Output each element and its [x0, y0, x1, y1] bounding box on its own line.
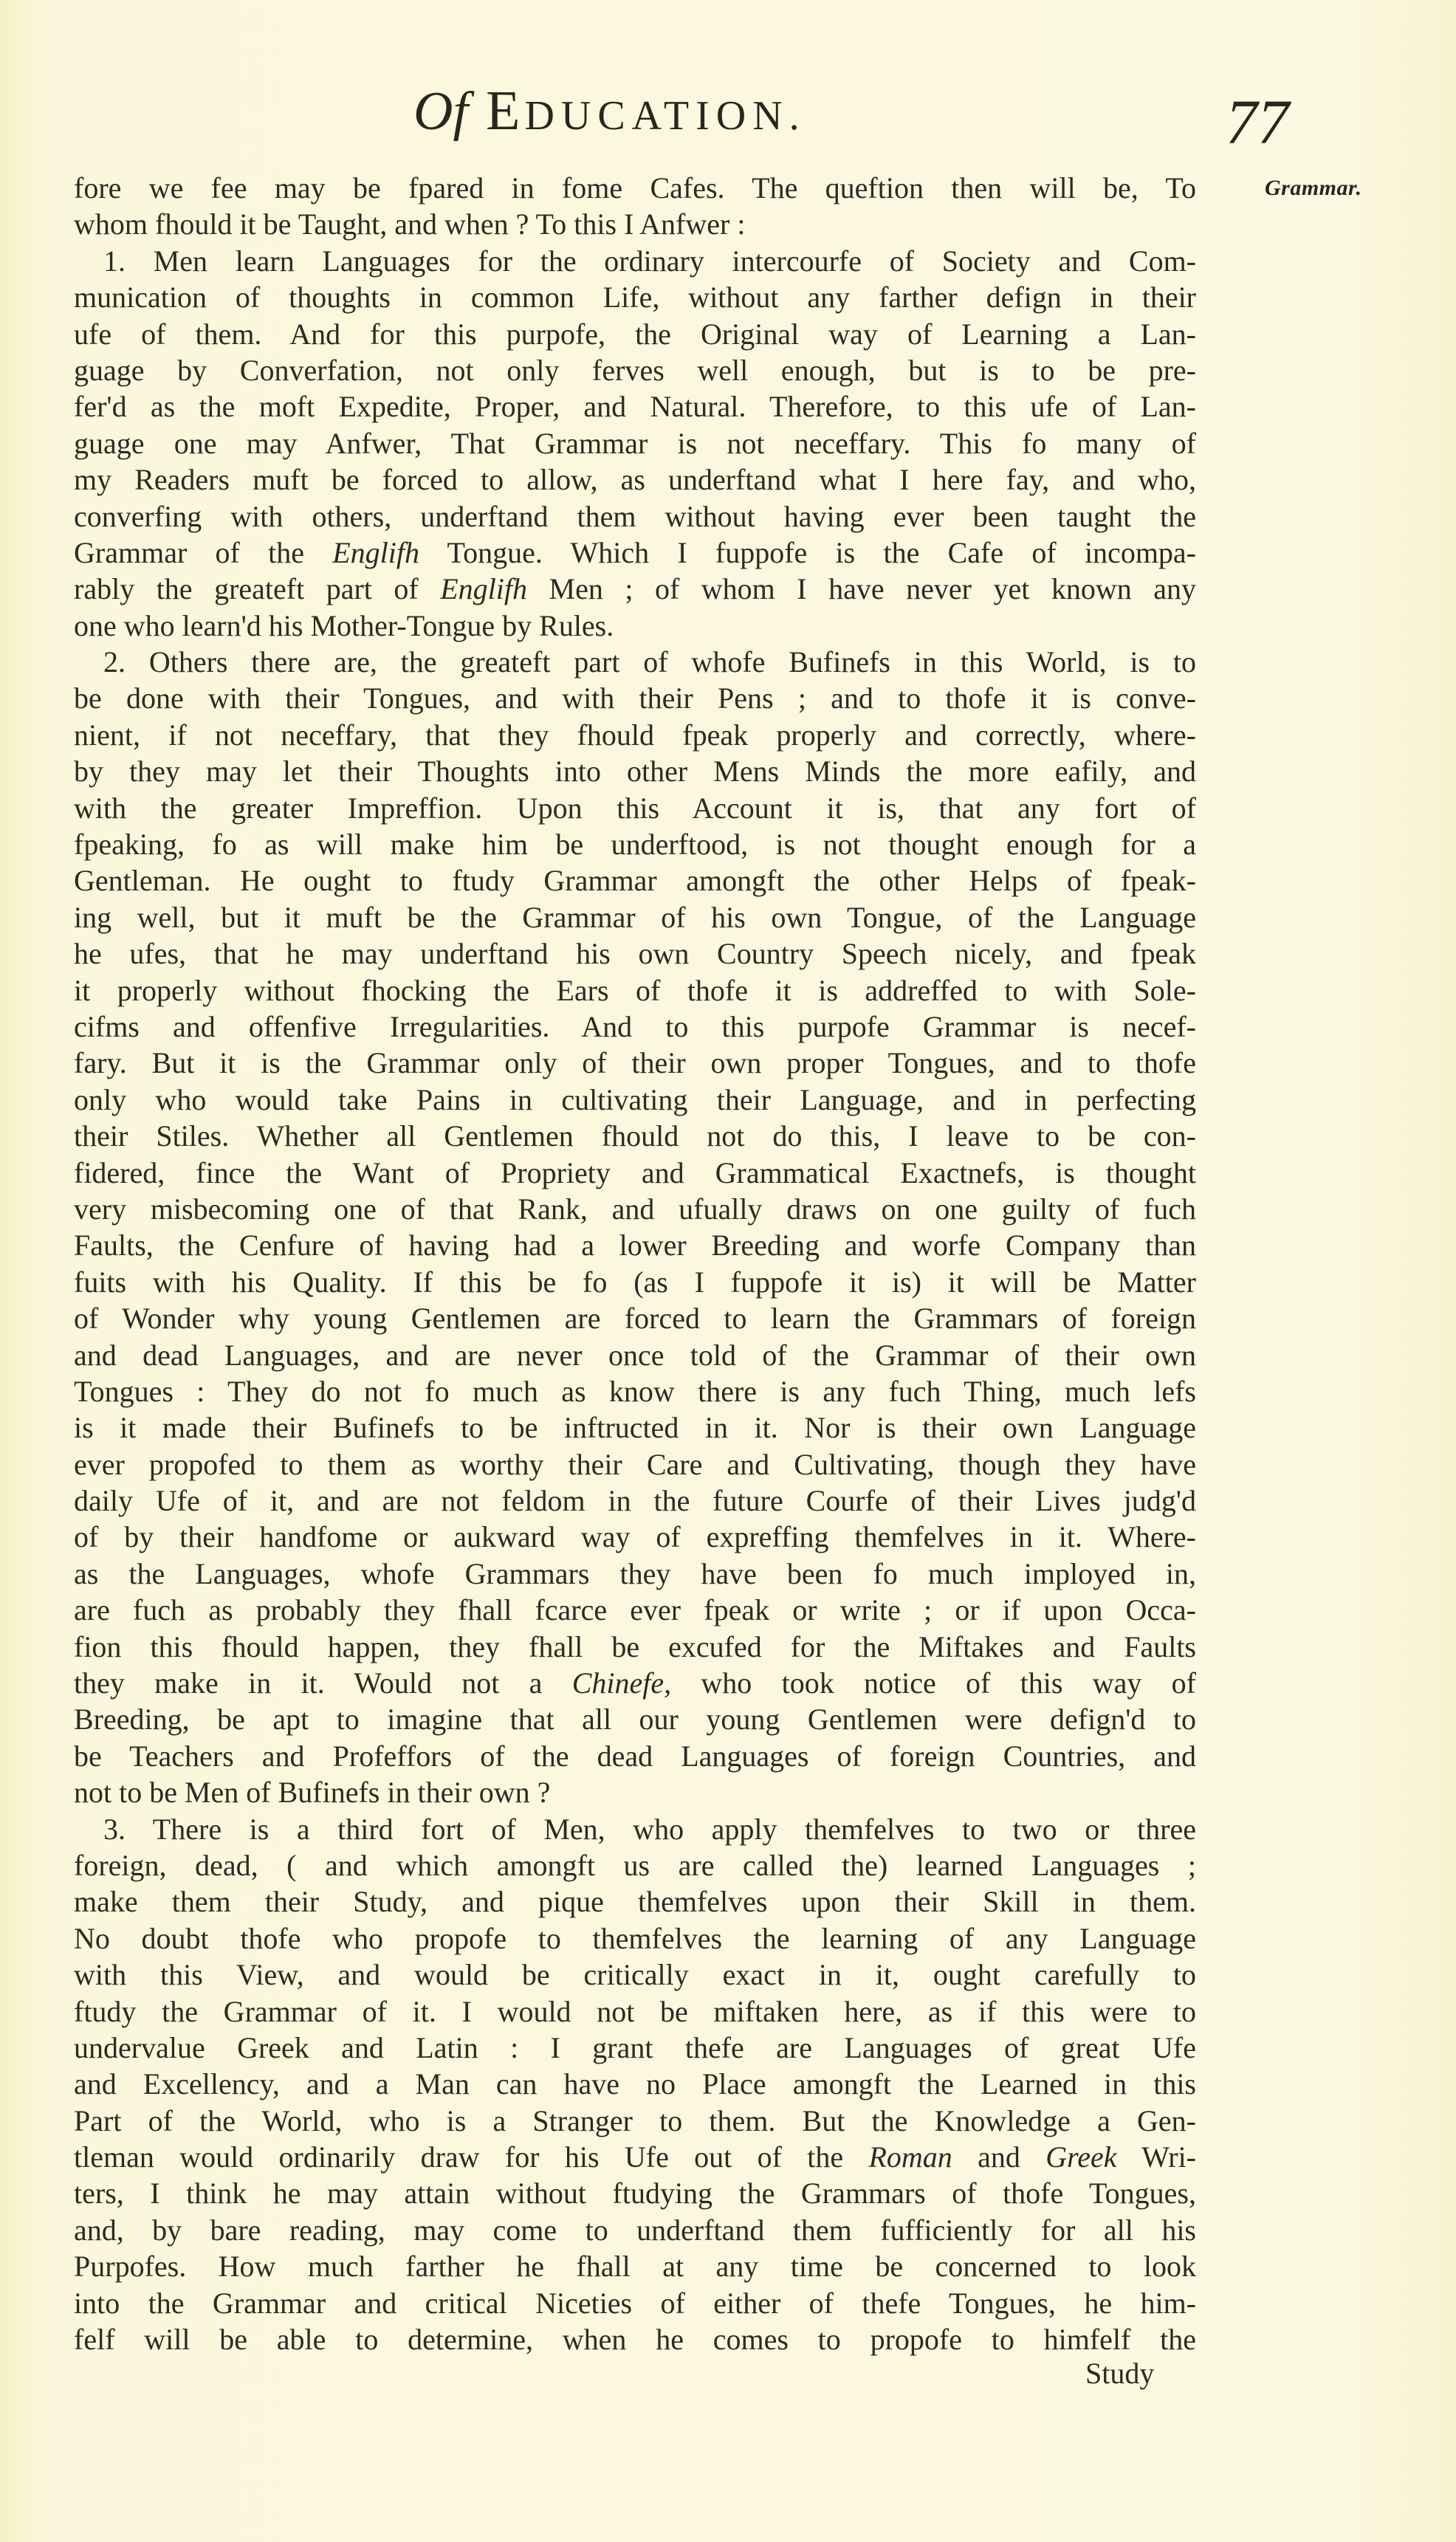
text-line: make them their Study, and pique themfel…: [74, 1883, 1196, 1920]
text-line: into the Grammar and critical Niceties o…: [74, 2285, 1196, 2321]
text-line: 2. Others there are, the greateft part o…: [74, 644, 1196, 680]
text-line: Grammar of the Englifh Tongue. Which I f…: [74, 535, 1196, 571]
text-span: Men ; of whom I have never yet known any: [527, 572, 1196, 605]
text-line: as the Languages, whofe Grammars they ha…: [74, 1556, 1196, 1592]
running-title-prefix: Of: [413, 81, 468, 142]
text-line: and dead Languages, and are never once t…: [74, 1337, 1196, 1373]
text-line: they make in it. Would not a Chinefe, wh…: [74, 1665, 1196, 1701]
text-line: and, by bare reading, may come to underf…: [74, 2212, 1196, 2248]
text-line: Faults, the Cenfure of having had a lowe…: [74, 1227, 1196, 1263]
text-line: of by their handfome or aukward way of e…: [74, 1519, 1196, 1555]
text-line: fuits with his Quality. If this be fo (a…: [74, 1264, 1196, 1300]
text-line: tleman would ordinarily draw for his Ufe…: [74, 2139, 1196, 2175]
italic-word: Greek: [1045, 2140, 1116, 2174]
text-span: Wri-: [1116, 2140, 1196, 2174]
book-page: OfEDUCATION. 77 Grammar. fore we fee may…: [0, 0, 1456, 2542]
text-line: one who learn'd his Mother-Tongue by Rul…: [74, 608, 1196, 644]
text-line: undervalue Greek and Latin : I grant the…: [74, 2030, 1196, 2066]
text-line: be done with their Tongues, and with the…: [74, 680, 1196, 716]
text-line: ters, I think he may attain without ftud…: [74, 2175, 1196, 2211]
text-line: rably the greateft part of Englifh Men ;…: [74, 571, 1196, 607]
text-line: whom fhould it be Taught, and when ? To …: [74, 206, 1196, 242]
text-line: be Teachers and Profeffors of the dead L…: [74, 1738, 1196, 1774]
text-line: ing well, but it muft be the Grammar of …: [74, 899, 1196, 935]
text-line: daily Ufe of it, and are not feldom in t…: [74, 1483, 1196, 1519]
text-line: is it made their Bufinefs to be inftruct…: [74, 1409, 1196, 1446]
text-line: No doubt thofe who propofe to themfelves…: [74, 1920, 1196, 1957]
italic-word: Roman: [868, 2140, 952, 2174]
running-title: OfEDUCATION.: [413, 83, 806, 139]
text-span: and: [952, 2140, 1045, 2174]
text-line: guage one may Anfwer, That Grammar is no…: [74, 425, 1196, 461]
text-line: of Wonder why young Gentlemen are forced…: [74, 1300, 1196, 1336]
catchword: Study: [1085, 2355, 1154, 2391]
text-line: fary. But it is the Grammar only of thei…: [74, 1045, 1196, 1081]
text-line: cifms and offenfive Irregularities. And …: [74, 1009, 1196, 1045]
page-number: 77: [1226, 90, 1289, 154]
text-line: 3. There is a third fort of Men, who app…: [74, 1811, 1196, 1847]
text-line: Part of the World, who is a Stranger to …: [74, 2103, 1196, 2139]
text-line: Breeding, be apt to imagine that all our…: [74, 1701, 1196, 1737]
text-line: with this View, and would be critically …: [74, 1957, 1196, 1993]
text-line: not to be Men of Bufinefs in their own ?: [74, 1774, 1196, 1810]
italic-word: Chinefe,: [572, 1666, 671, 1700]
text-line: my Readers muft be forced to allow, as u…: [74, 461, 1196, 498]
italic-word: Englifh: [440, 572, 527, 605]
text-span: tleman would ordinarily draw for his Ufe…: [74, 2140, 868, 2174]
text-line: are fuch as probably they fhall fcarce e…: [74, 1592, 1196, 1628]
text-line: guage by Converfation, not only ferves w…: [74, 352, 1196, 388]
text-line: with the greater Impreffion. Upon this A…: [74, 790, 1196, 826]
text-line: it properly without fhocking the Ears of…: [74, 972, 1196, 1009]
text-line: converfing with others, underftand them …: [74, 498, 1196, 535]
text-line: fore we fee may be fpared in fome Cafes.…: [74, 170, 1196, 206]
text-line: fer'd as the moft Expedite, Proper, and …: [74, 388, 1196, 425]
text-span: Tongue. Which I fuppofe is the Cafe of i…: [419, 536, 1196, 569]
italic-word: Englifh: [332, 536, 419, 569]
text-line: foreign, dead, ( and which amongft us ar…: [74, 1847, 1196, 1883]
text-line: Tongues : They do not fo much as know th…: [74, 1373, 1196, 1409]
text-span: who took notice of this way of: [671, 1666, 1196, 1700]
text-span: rably the greateft part of: [74, 572, 440, 605]
running-title-initial: E: [486, 80, 524, 142]
margin-note: Grammar.: [1265, 176, 1362, 201]
text-line: nient, if not neceffary, that they fhoul…: [74, 717, 1196, 753]
text-line: munication of thoughts in common Life, w…: [74, 279, 1196, 315]
text-line: by they may let their Thoughts into othe…: [74, 753, 1196, 789]
text-line: 1. Men learn Languages for the ordinary …: [74, 243, 1196, 279]
text-line: Purpofes. How much farther he fhall at a…: [74, 2248, 1196, 2284]
text-line: felf will be able to determine, when he …: [74, 2321, 1196, 2357]
text-span: they make in it. Would not a: [74, 1666, 572, 1700]
text-line: ever propofed to them as worthy their Ca…: [74, 1446, 1196, 1483]
text-line: very misbecoming one of that Rank, and u…: [74, 1191, 1196, 1227]
text-line: Gentleman. He ought to ftudy Grammar amo…: [74, 862, 1196, 899]
text-line: ftudy the Grammar of it. I would not be …: [74, 1993, 1196, 2030]
text-span: Grammar of the: [74, 536, 332, 569]
text-line: fidered, fince the Want of Propriety and…: [74, 1155, 1196, 1191]
running-title-rest: DUCATION.: [524, 93, 806, 139]
text-line: ufe of them. And for this purpofe, the O…: [74, 316, 1196, 352]
body-text: fore we fee may be fpared in fome Cafes.…: [74, 170, 1196, 2357]
text-line: and Excellency, and a Man can have no Pl…: [74, 2066, 1196, 2102]
text-line: only who would take Pains in cultivating…: [74, 1082, 1196, 1118]
text-line: their Stiles. Whether all Gentlemen fhou…: [74, 1118, 1196, 1154]
text-line: fpeaking, fo as will make him be underft…: [74, 826, 1196, 862]
text-line: he ufes, that he may underftand his own …: [74, 935, 1196, 972]
text-line: fion this fhould happen, they fhall be e…: [74, 1629, 1196, 1665]
